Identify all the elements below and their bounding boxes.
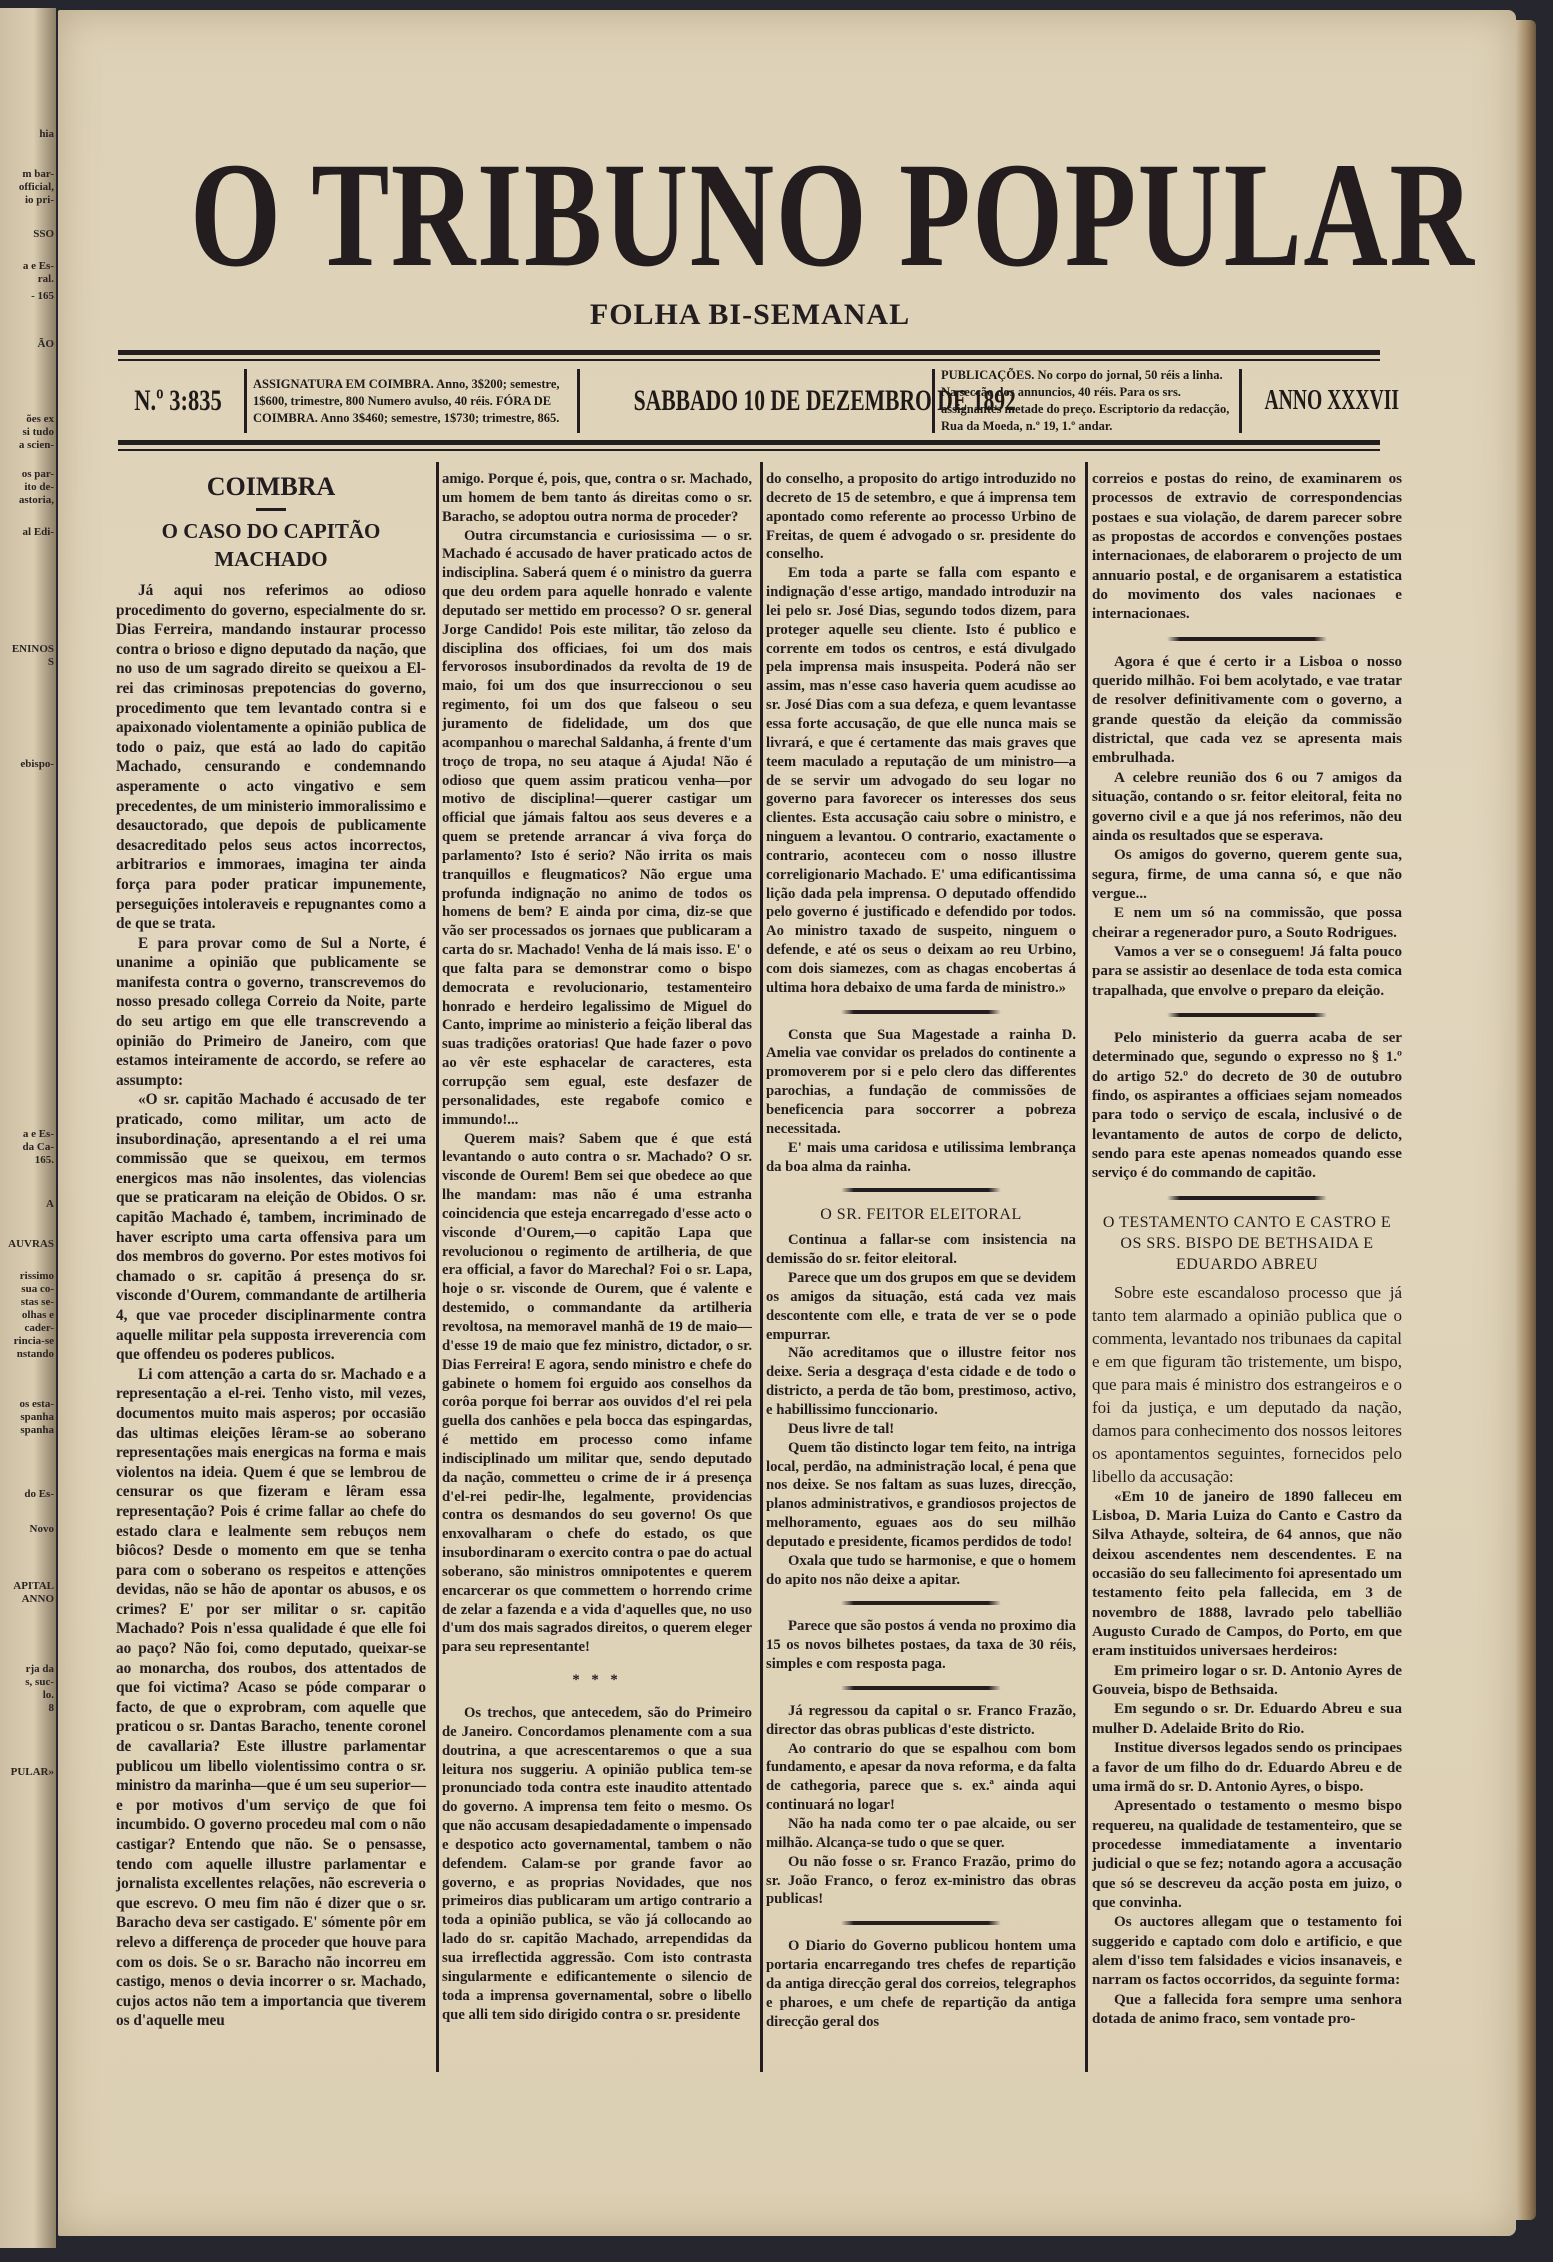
subscription-prices: ASSIGNATURA EM COIMBRA. Anno, 3$200; sem…: [253, 376, 571, 427]
paragraph: Apresentado o testamento o mesmo bispo r…: [1092, 1797, 1402, 1913]
paragraph: Parece que um dos grupos em que se devid…: [766, 1269, 1076, 1344]
ornamental-rule: [1167, 1013, 1327, 1017]
paragraph: Parece que são postos á venda no proximo…: [766, 1617, 1076, 1674]
adjacent-page-text: al Edi-: [2, 526, 54, 539]
paragraph: Em primeiro logar o sr. D. Antonio Ayres…: [1092, 1662, 1402, 1701]
adjacent-page-text: os esta- spanha spanha: [2, 1398, 54, 1437]
adjacent-page-text: do Es-: [2, 1488, 54, 1501]
divider: [577, 369, 580, 433]
paragraph: Sobre este escandaloso processo que já t…: [1092, 1281, 1402, 1488]
paragraph: Não ha nada como ter o pae alcaide, ou s…: [766, 1815, 1076, 1853]
adjacent-page-text: a e Es- da Ca- 165.: [2, 1128, 54, 1167]
top-rule-thick: [118, 350, 1380, 355]
adjacent-page-text: m bar- official, io pri-: [2, 168, 54, 207]
paragraph: O Diario do Governo publicou hontem uma …: [766, 1937, 1076, 2031]
paragraph: «Em 10 de janeiro de 1890 falleceu em Li…: [1092, 1488, 1402, 1662]
adjacent-page-text: A: [2, 1198, 54, 1211]
paragraph: Os auctores allegam que o testamento foi…: [1092, 1913, 1402, 1990]
adjacent-page-text: ENINOS S: [2, 643, 54, 669]
paragraph: Li com attenção a carta do sr. Machado e…: [116, 1365, 426, 2031]
article-headline: O SR. FEITOR ELEITORAL: [766, 1204, 1076, 1225]
paragraph: Institue diversos legados sendo os princ…: [1092, 1739, 1402, 1797]
ornamental-rule: [841, 1686, 1001, 1690]
article-headline: O CASO DO CAPITÃO MACHADO: [116, 517, 426, 573]
column-divider: [1085, 462, 1088, 2072]
heading-dash: [256, 508, 286, 511]
paragraph: Oxala que tudo se harmonise, e que o hom…: [766, 1552, 1076, 1590]
ornamental-rule: [841, 1188, 1001, 1192]
adjacent-page-text: Novo: [2, 1523, 54, 1536]
paragraph: A celebre reunião dos 6 ou 7 amigos da s…: [1092, 769, 1402, 846]
adjacent-page-text: hia: [2, 128, 54, 141]
section-heading: COIMBRA: [116, 470, 426, 504]
divider: [244, 369, 247, 433]
adjacent-page-text: SSO: [2, 228, 54, 241]
masthead-subtitle: FOLHA BI-SEMANAL: [540, 298, 960, 332]
adjacent-page-text: os par- ito de- astoria,: [2, 468, 54, 507]
paragraph: Querem mais? Sabem que é que está levant…: [442, 1130, 752, 1658]
adjacent-page-text: APITAL ANNO: [2, 1580, 54, 1606]
paragraph: Vamos a ver se o conseguem! Já falta pou…: [1092, 943, 1402, 1001]
issue-number: N.º 3:835: [133, 384, 223, 418]
adjacent-page-text: - 165: [2, 290, 54, 303]
paragraph: E nem um só na commissão, que possa chei…: [1092, 904, 1402, 943]
column-4: correios e postas do reino, de examinare…: [1092, 470, 1402, 2029]
column-divider: [436, 462, 439, 2072]
adjacent-page-text: rissimo sua co- stas se- olhas e cader- …: [2, 1270, 54, 1361]
article-headline: O TESTAMENTO CANTO E CASTRO E OS SRS. BI…: [1092, 1212, 1402, 1275]
paragraph: E' mais uma caridosa e utilissima lembra…: [766, 1139, 1076, 1177]
ornamental-rule: [841, 1921, 1001, 1925]
ornamental-rule: [1167, 637, 1327, 641]
paragraph: Os trechos, que antecedem, são do Primei…: [442, 1704, 752, 2024]
paragraph: Já regressou da capital o sr. Franco Fra…: [766, 1702, 1076, 1740]
paragraph: amigo. Porque é, pois, que, contra o sr.…: [442, 470, 752, 527]
issue-date: SABBADO 10 DE DEZEMBRO DE 1892: [634, 384, 879, 418]
page-edge: [1516, 20, 1536, 2220]
paragraph: Consta que Sua Magestade a rainha D. Ame…: [766, 1026, 1076, 1139]
adjacent-page-text: ões ex si tudo a scien-: [2, 413, 54, 452]
adjacent-page-strip: hiam bar- official, io pri-SSOa e Es- ra…: [0, 8, 56, 2248]
paragraph: Não acreditamos que o illustre feitor no…: [766, 1344, 1076, 1419]
paragraph: Já aqui nos referimos ao odioso procedim…: [116, 581, 426, 934]
paragraph: Ou não fosse o sr. Franco Frazão, primo …: [766, 1853, 1076, 1910]
paragraph: Agora é que é certo ir a Lisboa o nosso …: [1092, 653, 1402, 769]
adjacent-page-text: ebispo-: [2, 758, 54, 771]
column-2: amigo. Porque é, pois, que, contra o sr.…: [442, 470, 752, 2024]
adjacent-page-text: a e Es- ral.: [2, 260, 54, 286]
paragraph: Continua a fallar-se com insistencia na …: [766, 1231, 1076, 1269]
paragraph: Em segundo o sr. Dr. Eduardo Abreu e sua…: [1092, 1700, 1402, 1739]
paragraph: Outra circumstancia e curiosissima — o s…: [442, 527, 752, 1130]
masthead-title: O TRIBUNO POPULAR: [190, 140, 1321, 290]
paragraph: Deus livre de tal!: [766, 1420, 1076, 1439]
ornamental-rule: [841, 1010, 1001, 1014]
adjacent-page-text: ÃO: [2, 338, 54, 351]
ornamental-rule: [1167, 1196, 1327, 1200]
bottom-rule-thick: [118, 440, 1380, 445]
adjacent-page-text: AUVRAS: [2, 1238, 54, 1251]
volume-year: ANNO XXXVII: [1265, 385, 1342, 417]
paragraph: Que a fallecida fora sempre uma senhora …: [1092, 1991, 1402, 2030]
paragraph: Quem tão distincto logar tem feito, na i…: [766, 1439, 1076, 1552]
ornamental-rule: [841, 1601, 1001, 1605]
column-divider: [760, 462, 763, 2072]
section-break-stars: * * *: [442, 1671, 752, 1690]
top-rule-thin: [118, 359, 1380, 361]
bottom-rule-thin: [118, 449, 1380, 451]
paragraph: Em toda a parte se falla com espanto e i…: [766, 564, 1076, 997]
column-1: COIMBRA O CASO DO CAPITÃO MACHADO Já aqu…: [116, 470, 426, 2031]
column-3: do conselho, a proposito do artigo intro…: [766, 470, 1076, 2031]
paragraph: Pelo ministerio da guerra acaba de ser d…: [1092, 1029, 1402, 1184]
divider: [1239, 369, 1242, 433]
paragraph: correios e postas do reino, de examinare…: [1092, 470, 1402, 625]
adjacent-page-text: PULAR»: [2, 1766, 54, 1779]
paragraph: Ao contrario do que se espalhou com bom …: [766, 1740, 1076, 1815]
paragraph: E para provar como de Sul a Norte, é una…: [116, 934, 426, 1091]
info-bar: N.º 3:835 ASSIGNATURA EM COIMBRA. Anno, …: [118, 366, 1380, 436]
paragraph: do conselho, a proposito do artigo intro…: [766, 470, 1076, 564]
adjacent-page-text: rja da s, suc- lo. 8: [2, 1663, 54, 1715]
paragraph: «O sr. capitão Machado é accusado de ter…: [116, 1090, 426, 1364]
paragraph: Os amigos do governo, querem gente sua, …: [1092, 846, 1402, 904]
